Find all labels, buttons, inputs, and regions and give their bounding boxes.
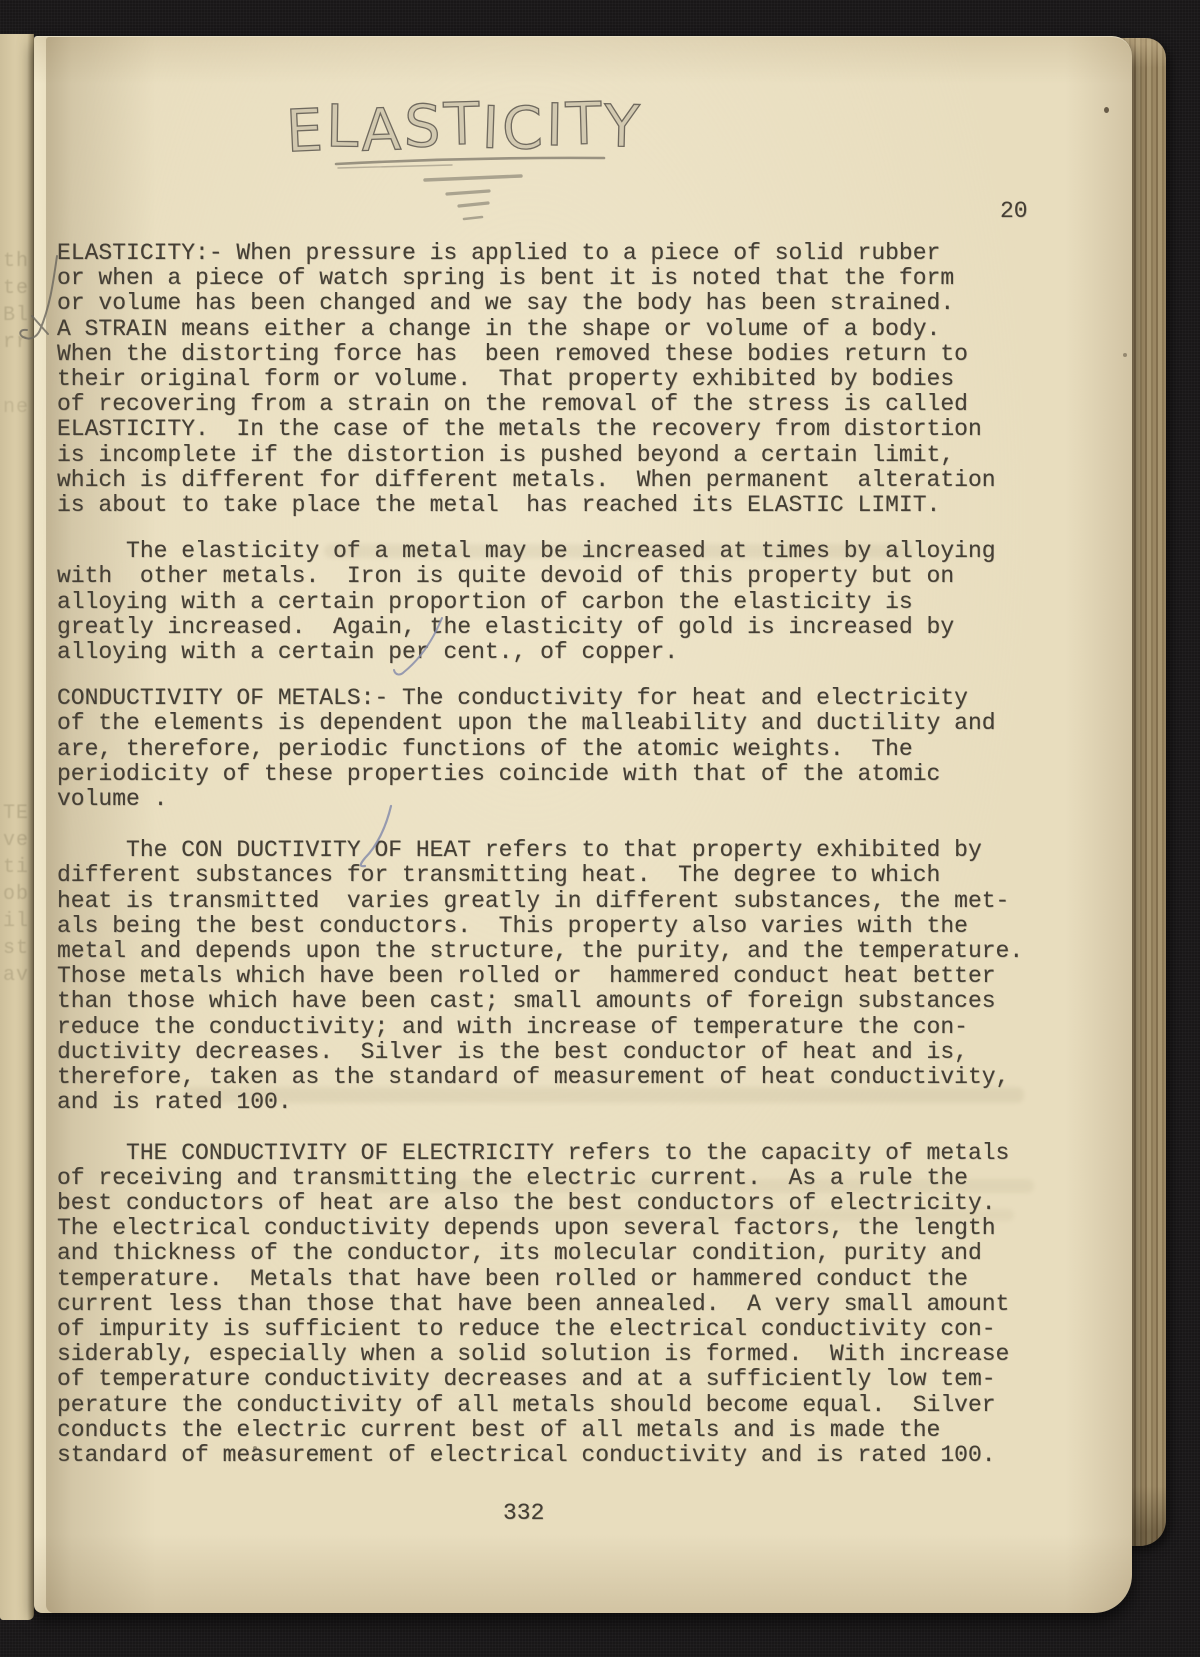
paragraph-conductivity-of-heat: The CON DUCTIVITY OF HEAT refers to that… [57,838,1067,1115]
page-number-bottom: 332 [57,1501,1067,1526]
bleed-text-fragments-lower: TE ve ti ob il st av [3,800,33,989]
document-page: ELASTICITY 20 ELASTICITY:- When pressure… [34,36,1132,1613]
paragraph-conductivity-of-metals: CONDUCTIVITY OF METALS:- The conductivit… [57,686,1067,812]
photo-backdrop: th te Bl rr ne TE ve ti ob il st av ELAS… [0,0,1200,1657]
bleed-text-fragment-mid: ne [3,394,33,421]
paragraph-conductivity-of-electricity: THE CONDUCTIVITY OF ELECTRICITY refers t… [57,1141,1067,1469]
paragraph-alloying: The elasticity of a metal may be increas… [57,539,1067,665]
paper-speck [1104,107,1109,113]
page-number-top: 20 [1000,198,1028,224]
typewritten-text: ELASTICITY:- When pressure is applied to… [57,241,1067,1526]
bleed-text-fragments-upper: th te Bl rr [3,248,33,356]
paper-speck [1123,353,1127,357]
paragraph-elasticity: ELASTICITY:- When pressure is applied to… [57,241,1067,518]
previous-page-edge: th te Bl rr ne TE ve ti ob il st av [0,34,34,1620]
handwritten-title: ELASTICITY [286,91,643,163]
